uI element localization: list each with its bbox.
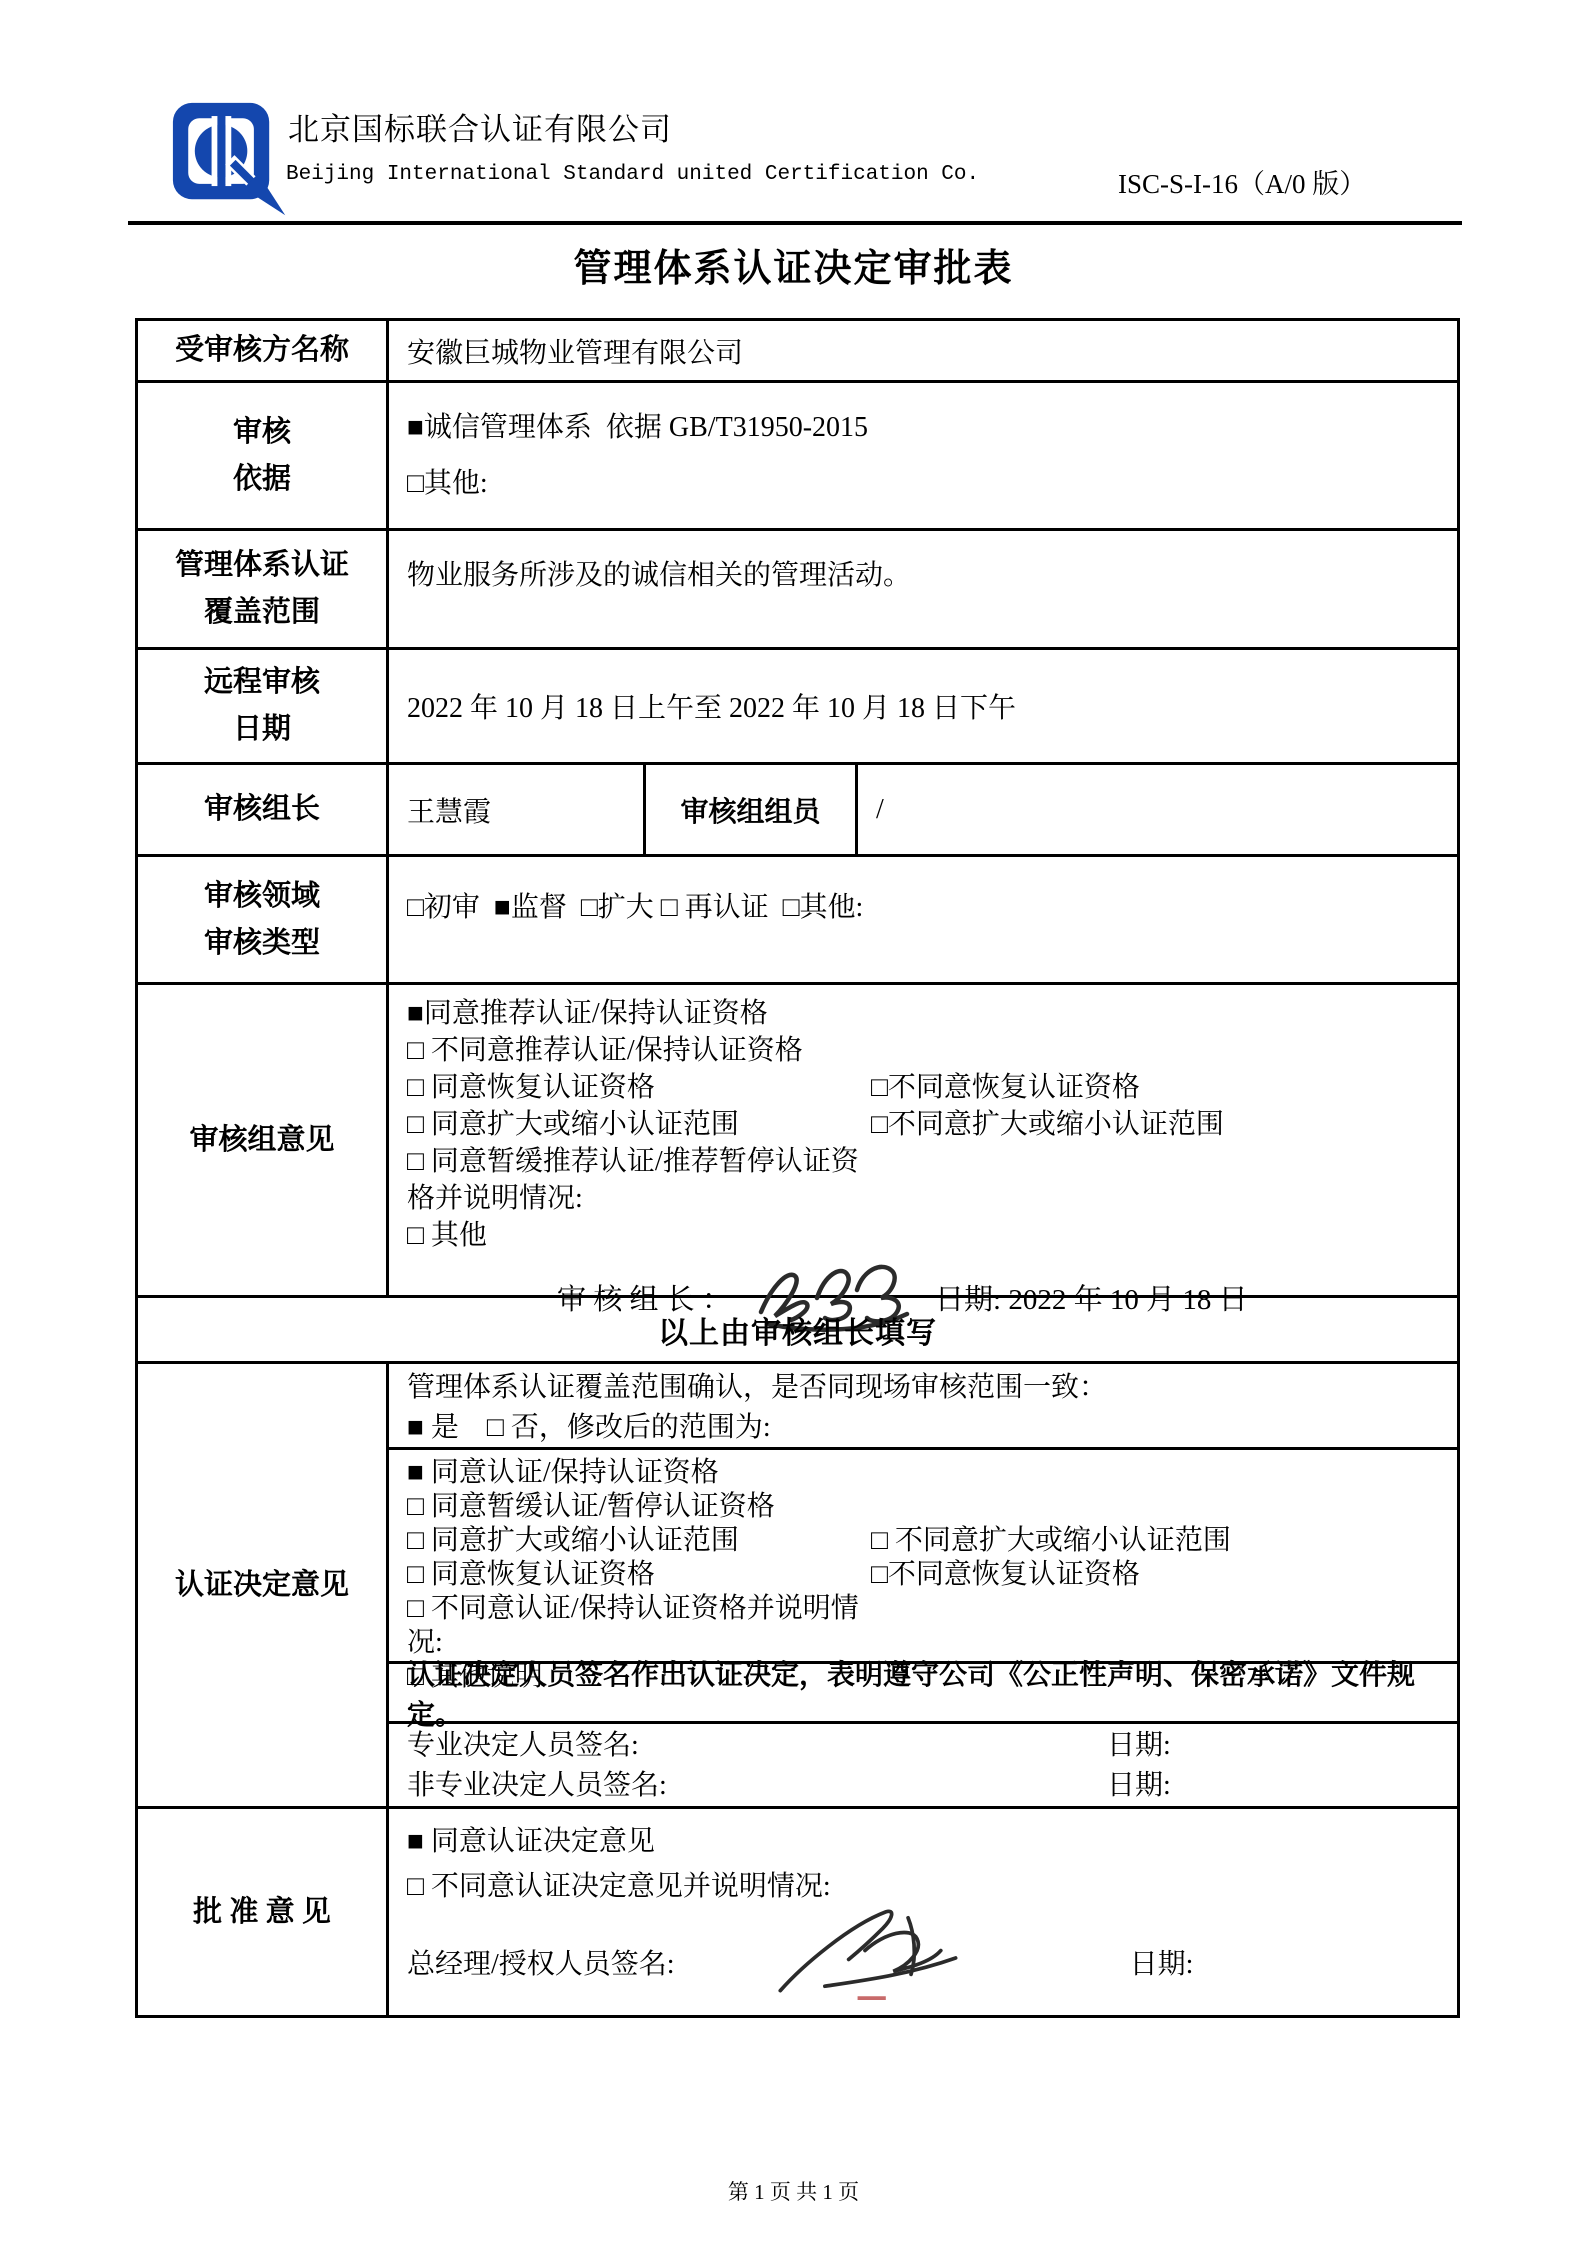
row-team-opinion: 审核组意见 ■同意推荐认证/保持认证资格 □ 不同意推荐认证/保持认证资格 □ … bbox=[138, 985, 1457, 1298]
cert-scope-label: 管理体系认证覆盖范围 bbox=[138, 531, 389, 647]
row-audit-type: 审核领域审核类型 □初审 ■监督 □扩大 □ 再认证 □其他: bbox=[138, 857, 1457, 985]
checkbox-option-line: □ 同意扩大或缩小认证范围□ 不同意扩大或缩小认证范围 bbox=[407, 1524, 1457, 1558]
checkbox-option-line: □初审 ■监督 □扩大 □ 再认证 □其他: bbox=[407, 885, 1457, 925]
team-leader-name: 王慧霞 bbox=[389, 765, 646, 854]
approval-label: 批 准 意 见 bbox=[138, 1809, 389, 2015]
row-cert-scope: 管理体系认证覆盖范围 物业服务所涉及的诚信相关的管理活动。 bbox=[138, 531, 1457, 650]
gm-handwritten-signature bbox=[715, 1903, 1015, 2007]
checkbox-option-line: □ 同意恢复认证资格□不同意恢复认证资格 bbox=[407, 1069, 1457, 1106]
row-approval-opinion: 批 准 意 见 ■ 同意认证决定意见 □ 不同意认证决定意见并说明情况: 总经理… bbox=[138, 1809, 1457, 2015]
document-number: ISC-S-I-16（A/0 版） bbox=[1118, 162, 1366, 201]
approval-content: ■ 同意认证决定意见 □ 不同意认证决定意见并说明情况: 总经理/授权人员签名:… bbox=[389, 1809, 1457, 2015]
decision-signatures: 专业决定人员签名:日期: 非专业决定人员签名:日期: bbox=[389, 1724, 1457, 1806]
remote-date-label: 远程审核日期 bbox=[138, 650, 389, 762]
approval-form-table: 受审核方名称 安徽巨城物业管理有限公司 审核依据 ■诚信管理体系 依据 GB/T… bbox=[135, 318, 1460, 2018]
company-name-cn: 北京国标联合认证有限公司 bbox=[288, 104, 672, 149]
bisc-company-logo-icon bbox=[170, 100, 294, 224]
scope-confirmation: 管理体系认证覆盖范围确认，是否同现场审核范围一致： ■ 是 □ 否，修改后的范围… bbox=[389, 1364, 1457, 1450]
team-opinion-label: 审核组意见 bbox=[138, 985, 389, 1295]
form-title: 管理体系认证决定审批表 bbox=[0, 237, 1587, 292]
row-remote-audit-date: 远程审核日期 2022 年 10 月 18 日上午至 2022 年 10 月 1… bbox=[138, 650, 1457, 765]
decision-opinion-label: 认证决定意见 bbox=[138, 1364, 389, 1806]
checkbox-option-line: ■ 同意认证/保持认证资格 bbox=[407, 1456, 1457, 1490]
document-page: 北京国标联合认证有限公司 Beijing International Stand… bbox=[0, 0, 1587, 2245]
checkbox-option-line: □ 同意暂缓认证/暂停认证资格 bbox=[407, 1490, 1457, 1524]
audit-basis-value: ■诚信管理体系 依据 GB/T31950-2015 □其他: bbox=[389, 383, 1457, 528]
team-leader-label: 审核组长 bbox=[138, 765, 389, 854]
row-auditee: 受审核方名称 安徽巨城物业管理有限公司 bbox=[138, 321, 1457, 383]
checkbox-option-line: ■同意推荐认证/保持认证资格 bbox=[407, 995, 1457, 1032]
team-opinion-content: ■同意推荐认证/保持认证资格 □ 不同意推荐认证/保持认证资格 □ 同意恢复认证… bbox=[389, 985, 1457, 1295]
checkbox-option-line: □ 同意扩大或缩小认证范围□不同意扩大或缩小认证范围 bbox=[407, 1106, 1457, 1143]
professional-sign-line: 专业决定人员签名:日期: bbox=[407, 1726, 1457, 1766]
team-member-label: 审核组组员 bbox=[646, 765, 858, 854]
checkbox-option-line: □其他: bbox=[407, 456, 1457, 512]
company-name-en: Beijing International Standard united Ce… bbox=[286, 163, 979, 186]
checkbox-option-line: □ 同意恢复认证资格□不同意恢复认证资格 bbox=[407, 1558, 1457, 1592]
audit-type-label: 审核领域审核类型 bbox=[138, 857, 389, 982]
auditee-label: 受审核方名称 bbox=[138, 321, 389, 380]
team-member-value: / bbox=[858, 765, 1457, 854]
decision-options: ■ 同意认证/保持认证资格 □ 同意暂缓认证/暂停认证资格 □ 同意扩大或缩小认… bbox=[389, 1450, 1457, 1664]
checkbox-option-line: ■ 是 □ 否，修改后的范围为: bbox=[407, 1408, 1457, 1448]
gm-signature-line: 总经理/授权人员签名: 日期: bbox=[407, 1909, 1457, 2015]
row-audit-team: 审核组长 王慧霞 审核组组员 / bbox=[138, 765, 1457, 857]
cert-scope-value: 物业服务所涉及的诚信相关的管理活动。 bbox=[389, 531, 1457, 647]
header-divider bbox=[128, 221, 1462, 225]
audit-basis-label: 审核依据 bbox=[138, 383, 389, 528]
decision-statement: 认证决定人员签名作出认证决定，表明遵守公司《公正性声明、保密承诺》文件规定。 bbox=[389, 1664, 1457, 1724]
row-audit-basis: 审核依据 ■诚信管理体系 依据 GB/T31950-2015 □其他: bbox=[138, 383, 1457, 531]
checkbox-option-line: □ 不同意认证/保持认证资格并说明情况: bbox=[407, 1592, 1457, 1660]
checkbox-option-line: □ 同意暂缓推荐认证/推荐暂停认证资格并说明情况: bbox=[407, 1143, 1457, 1217]
page-number: 第 1 页 共 1 页 bbox=[0, 2176, 1587, 2206]
checkbox-option-line: □ 不同意推荐认证/保持认证资格 bbox=[407, 1032, 1457, 1069]
nonprofessional-sign-line: 非专业决定人员签名:日期: bbox=[407, 1766, 1457, 1806]
row-decision-opinion: 认证决定意见 管理体系认证覆盖范围确认，是否同现场审核范围一致： ■ 是 □ 否… bbox=[138, 1364, 1457, 1809]
auditee-value: 安徽巨城物业管理有限公司 bbox=[389, 321, 1457, 380]
decision-opinion-content: 管理体系认证覆盖范围确认，是否同现场审核范围一致： ■ 是 □ 否，修改后的范围… bbox=[389, 1364, 1457, 1806]
checkbox-option-line: □ 其他 bbox=[407, 1217, 1457, 1254]
remote-date-value: 2022 年 10 月 18 日上午至 2022 年 10 月 18 日下午 bbox=[389, 650, 1457, 762]
audit-type-options: □初审 ■监督 □扩大 □ 再认证 □其他: bbox=[389, 857, 1457, 982]
checkbox-option-line: ■ 同意认证决定意见 bbox=[407, 1819, 1457, 1864]
checkbox-option-line: ■诚信管理体系 依据 GB/T31950-2015 bbox=[407, 400, 1457, 456]
